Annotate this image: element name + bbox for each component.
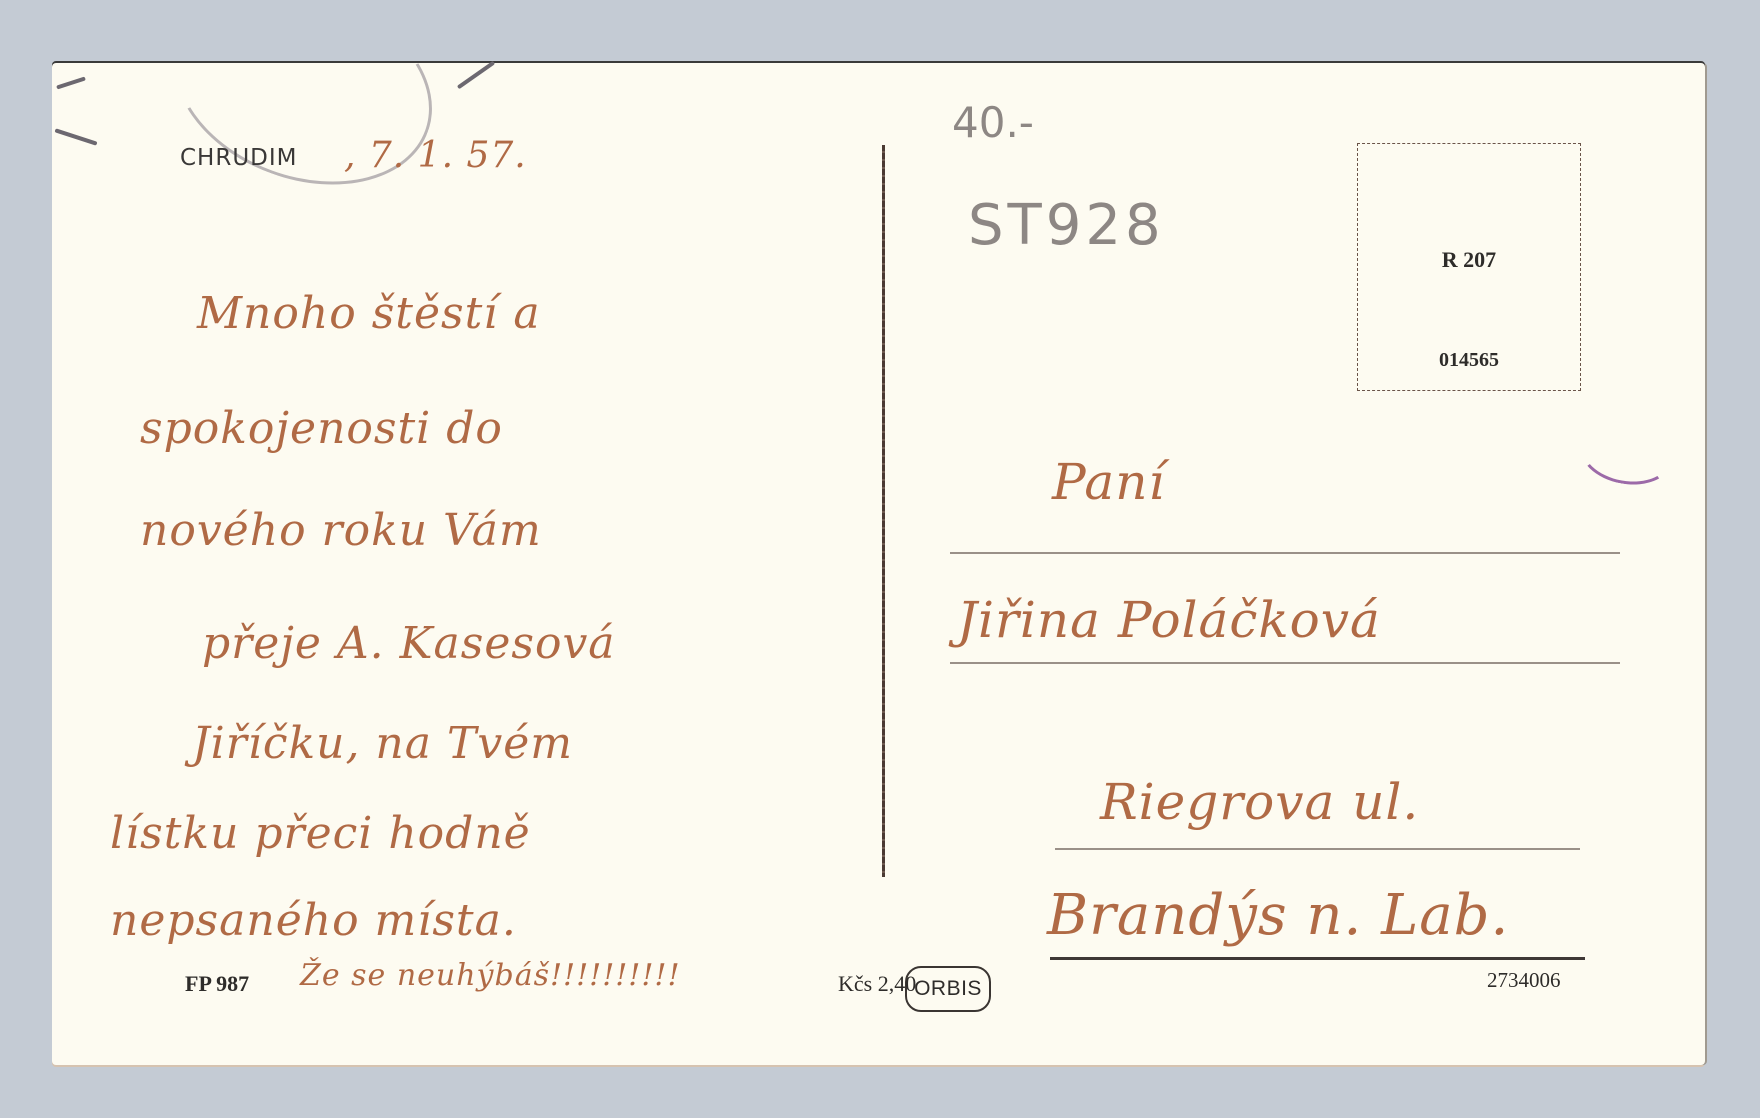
pencil-code: ST928 [968,193,1165,258]
stamp-box-code: R 207 [1358,247,1580,273]
message-line: spokojenosti do [140,403,503,454]
postmark-circle [146,0,460,219]
message-line: Jiříčku, na Tvém [192,718,573,769]
postcard-back: CHRUDIM , 7. 1. 57. Mnoho štěstí a spoko… [52,63,1705,1065]
address-salutation: Paní [1052,453,1165,511]
message-line: přeje A. Kasesová [202,618,616,669]
message-line: nepsaného místa. [110,895,517,946]
catalog-number: FP 987 [185,971,249,997]
stamp-box: R 207 014565 [1357,143,1581,391]
address-line-4 [1050,957,1585,960]
date-text: 7. 1. 57. [369,135,527,176]
address-line-1 [950,552,1620,554]
cancel-mark [457,61,495,90]
address-street: Riegrova ul. [1100,773,1419,831]
cancel-mark [54,128,97,145]
footer-handwritten: Že se neuhýbáš!!!!!!!!!! [300,958,681,993]
serial-number: 2734006 [1487,968,1561,993]
printed-place: CHRUDIM [180,145,298,171]
pencil-price: 40.- [952,98,1034,147]
address-name: Jiřina Poláčková [957,591,1381,649]
address-city: Brandýs n. Lab. [1047,883,1509,948]
handwritten-date: , 7. 1. 57. [344,135,527,176]
postmark-purple-arc [1574,410,1680,492]
address-line-3 [1055,848,1580,850]
stamp-box-number: 014565 [1358,349,1580,372]
center-divider [882,145,885,877]
message-line: nového roku Vám [140,505,542,556]
price-label: Kčs 2,40 [838,971,916,997]
cancel-mark [56,76,86,89]
message-line: Mnoho štěstí a [197,288,541,339]
message-line: lístku přeci hodně [110,808,531,859]
publisher-logo: ORBIS [905,966,991,1012]
address-line-2 [950,662,1620,664]
